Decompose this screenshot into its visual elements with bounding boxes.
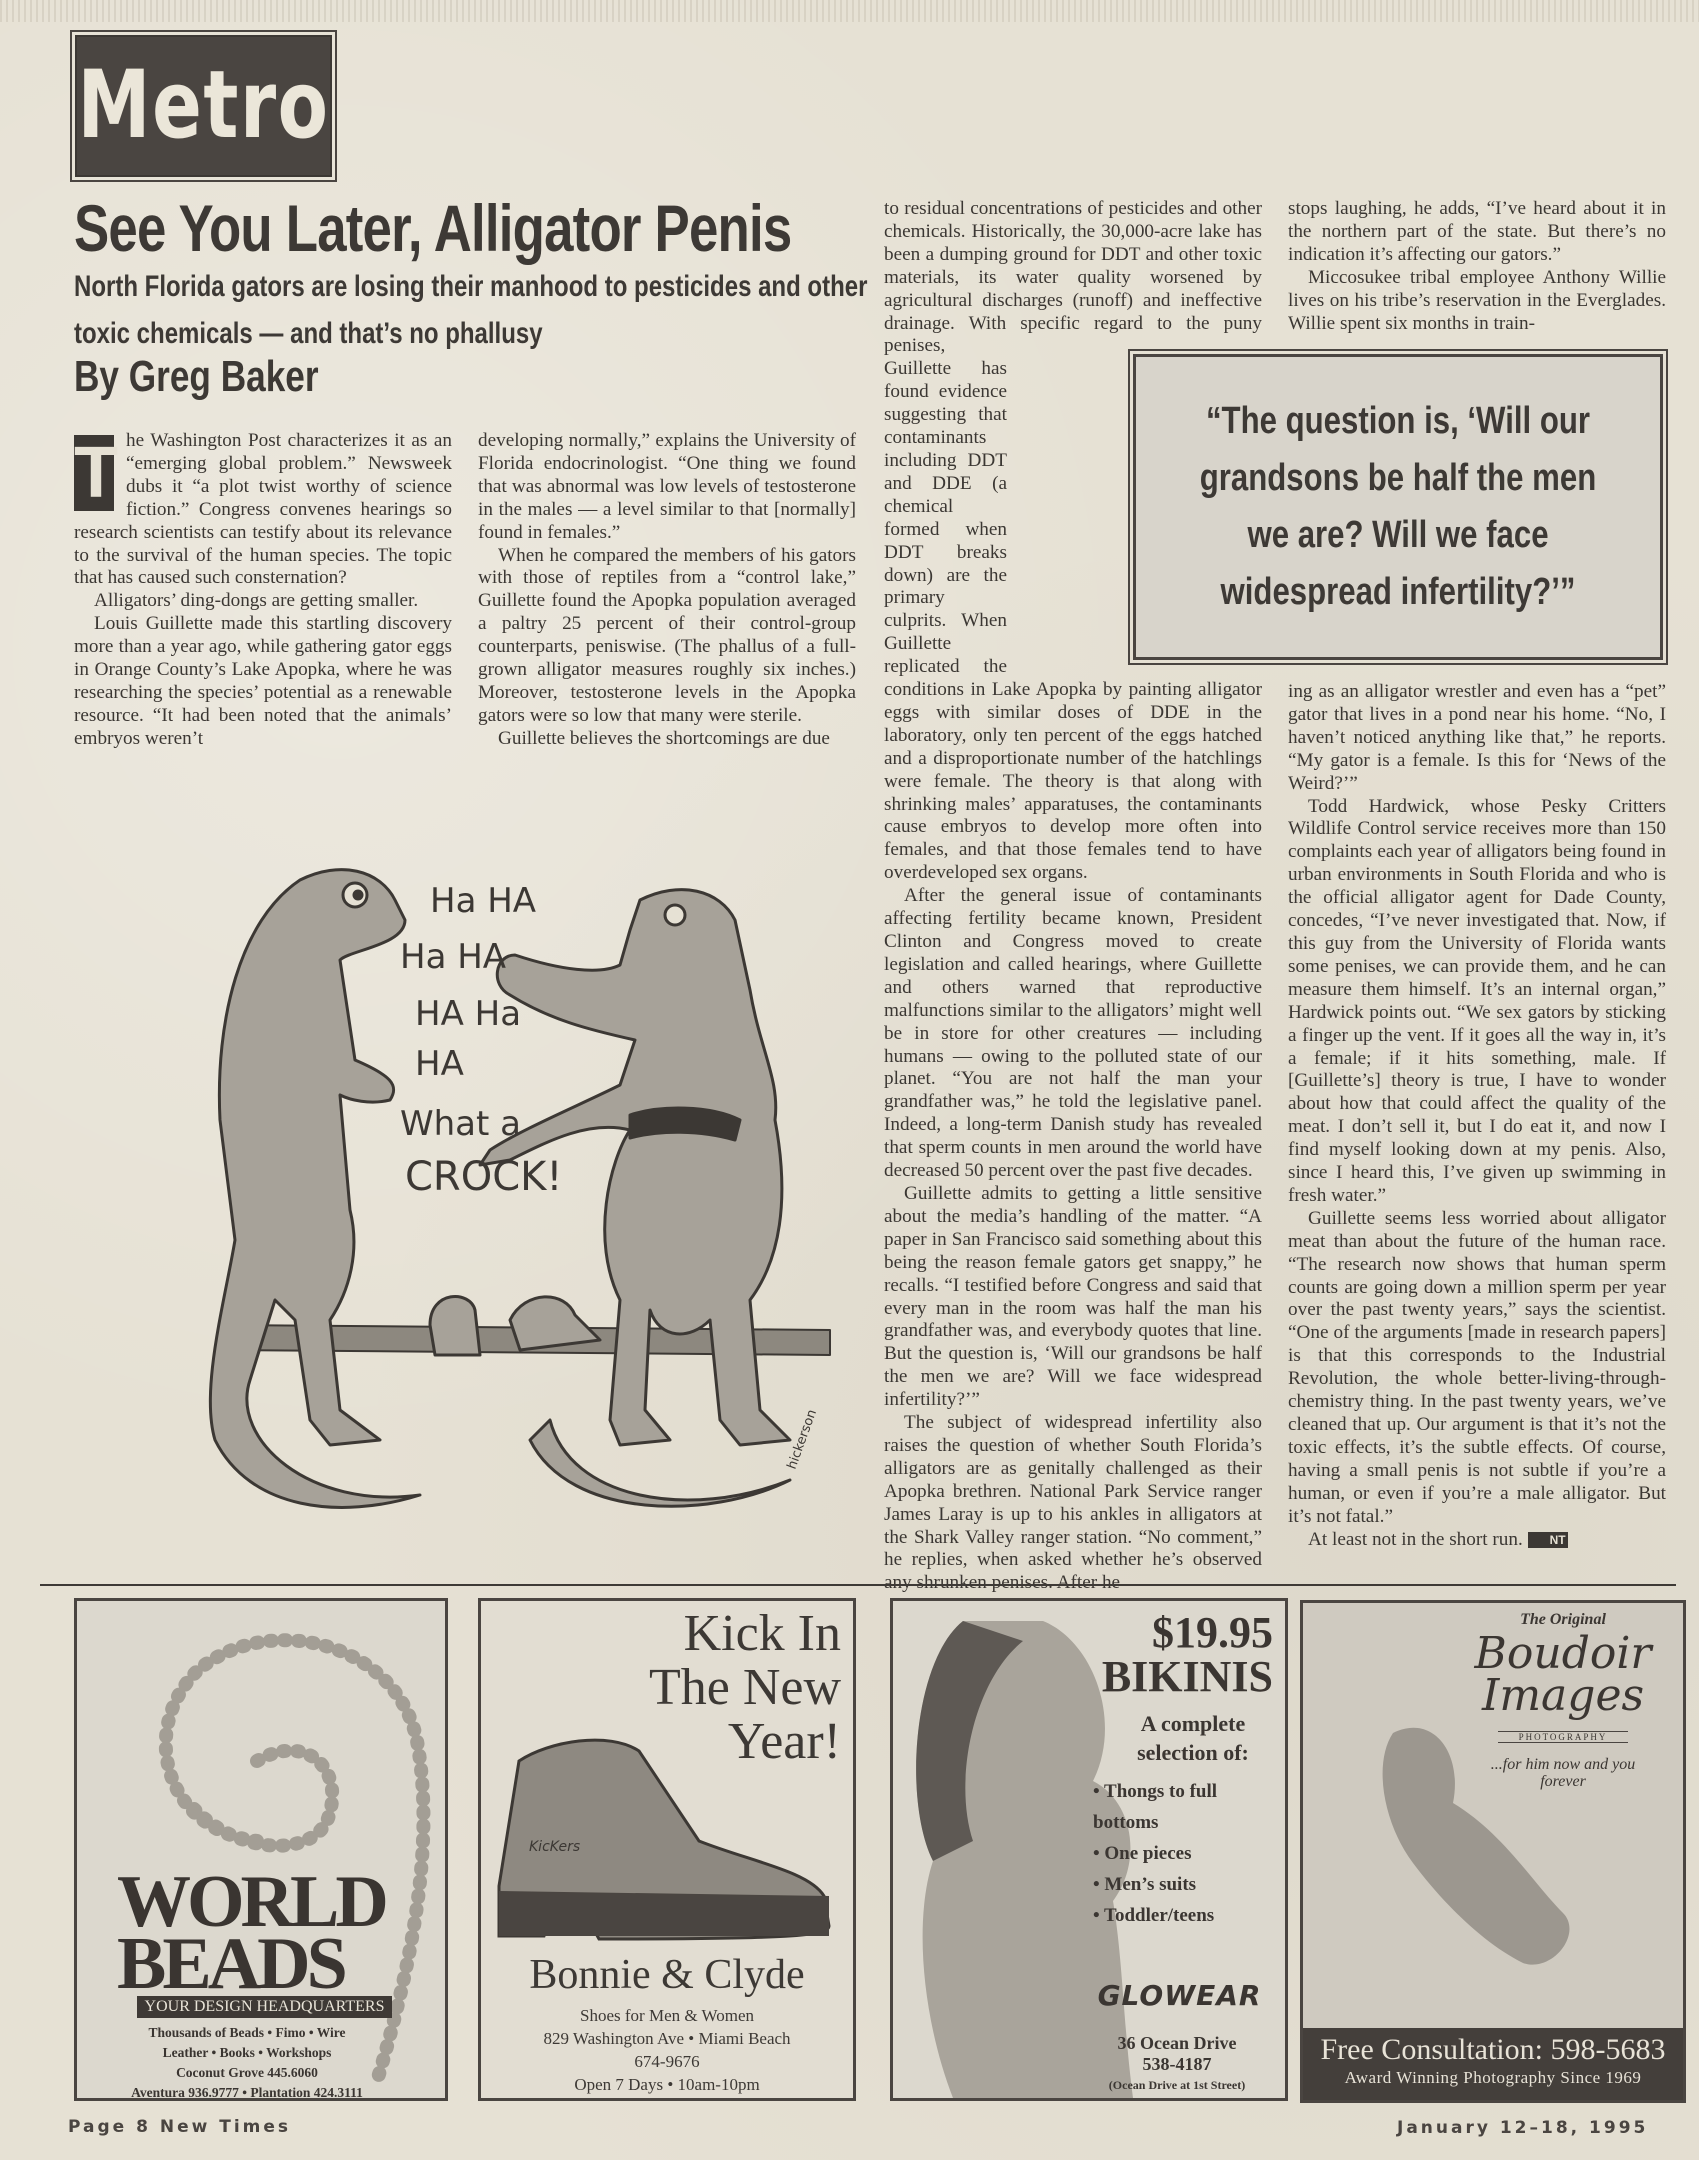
- list-item: • Thongs to full bottoms: [1093, 1776, 1283, 1838]
- boudoir-pre-title: The Original: [1463, 1611, 1663, 1629]
- article-column-2: developing normally,” explains the Unive…: [478, 430, 856, 751]
- list-item: • Toddler/teens: [1093, 1900, 1283, 1931]
- ad-boudoir-images[interactable]: The Original Boudoir Images PHOTOGRAPHY …: [1300, 1600, 1686, 2103]
- bonnie-clyde-store-name: Bonnie & Clyde: [481, 1951, 853, 1999]
- paragraph: Guillette admits to getting a little sen…: [884, 1183, 1262, 1412]
- boot-image-icon: KicKers: [489, 1721, 839, 1946]
- world-beads-logo: WORLD BEADS: [117, 1871, 407, 1995]
- section-label: Metro: [77, 59, 329, 153]
- glowear-address: 36 Ocean Drive 538-4187 (Ocean Drive at …: [1077, 2033, 1277, 2096]
- boudoir-logo: Boudoir Images: [1468, 1633, 1658, 1717]
- cartoon-speech-line: HA Ha: [415, 994, 521, 1034]
- world-beads-tagline: YOUR DESIGN HEADQUARTERS: [137, 1996, 392, 2018]
- glowear-logo: GLOWEAR: [1092, 1979, 1267, 2012]
- alligator-cartoon: Ha HA Ha HA HA Ha HA What a CROCK! hicke…: [190, 820, 870, 1540]
- boudoir-tagline: ...for him now and you forever: [1473, 1756, 1653, 1790]
- glowear-subhead: A complete selection of:: [1113, 1709, 1273, 1767]
- svg-text:KicKers: KicKers: [529, 1839, 580, 1855]
- paragraph: Guillette seems less worried about allig…: [1288, 1208, 1666, 1529]
- cartoon-speech-line: Ha HA: [430, 881, 536, 921]
- paragraph: Guillette believes the shortcomings are …: [478, 728, 856, 751]
- paragraph: Alligators’ ding-dongs are getting small…: [74, 590, 452, 613]
- ad-glowear-bikinis[interactable]: $19.95 BIKINIS A complete selection of: …: [890, 1598, 1288, 2101]
- bonnie-clyde-details: Shoes for Men & Women 829 Washington Ave…: [481, 2004, 853, 2096]
- list-item: • Men’s suits: [1093, 1869, 1283, 1900]
- cartoon-speech-line: What a: [400, 1104, 521, 1144]
- ad-bonnie-clyde[interactable]: Kick In The New Year! KicKers Bonnie & C…: [478, 1598, 856, 2101]
- article-column-4-top: stops laughing, he adds, “I’ve heard abo…: [1288, 198, 1666, 335]
- article-deck: North Florida gators are losing their ma…: [74, 263, 882, 357]
- world-beads-details: Thousands of Beads • Fimo • Wire Leather…: [97, 2023, 397, 2101]
- cartoon-speech-line: CROCK!: [405, 1154, 562, 1200]
- paragraph: After the general issue of contaminants …: [884, 885, 1262, 1183]
- page-footer-folio: Page 8 New Times: [68, 2117, 291, 2137]
- glowear-item-list: • Thongs to full bottoms • One pieces • …: [1093, 1776, 1283, 1931]
- boudoir-contact-band: Free Consultation: 598-5683 Award Winnin…: [1303, 2028, 1683, 2100]
- article-column-1: T he Washington Post characterizes it as…: [74, 430, 452, 751]
- ad-world-beads[interactable]: WORLD BEADS YOUR DESIGN HEADQUARTERS Tho…: [74, 1598, 448, 2101]
- cartoon-speech-line: Ha HA: [400, 937, 506, 977]
- paragraph: Todd Hardwick, whose Pesky Critters Wild…: [1288, 796, 1666, 1208]
- ad-separator-rule: [40, 1584, 1676, 1586]
- paragraph: The subject of widespread infertility al…: [884, 1412, 1262, 1595]
- end-mark-icon: NT: [1528, 1532, 1568, 1548]
- pull-quote-box: “The question is, ‘Will our grandsons be…: [1133, 354, 1663, 660]
- page-top-strip: [0, 0, 1699, 22]
- drop-cap: T: [74, 435, 114, 511]
- article-byline: By Greg Baker: [74, 352, 319, 402]
- paragraph: T he Washington Post characterizes it as…: [74, 430, 452, 590]
- paragraph: Louis Guillette made this startling disc…: [74, 613, 452, 750]
- boudoir-award: Award Winning Photography Since 1969: [1303, 2068, 1683, 2088]
- pull-quote-text: “The question is, ‘Will our grandsons be…: [1183, 393, 1613, 621]
- paragraph: Miccosukee tribal employee Anthony Willi…: [1288, 267, 1666, 336]
- list-item: • One pieces: [1093, 1838, 1283, 1869]
- boudoir-photography-label: PHOTOGRAPHY: [1498, 1731, 1628, 1743]
- paragraph: At least not in the short run. NT: [1288, 1529, 1666, 1552]
- article-column-4-bottom: ing as an alligator wrestler and even ha…: [1288, 681, 1666, 1551]
- cartoon-illustration-icon: Ha HA Ha HA HA Ha HA What a CROCK! hicke…: [190, 820, 870, 1540]
- glowear-price: $19.95 BIKINIS: [1102, 1611, 1273, 1699]
- page-footer-date: January 12–18, 1995: [1397, 2118, 1648, 2138]
- boudoir-consultation: Free Consultation: 598-5683: [1303, 2032, 1683, 2068]
- paragraph: ing as an alligator wrestler and even ha…: [1288, 681, 1666, 796]
- paragraph: When he compared the members of his gato…: [478, 545, 856, 728]
- section-label-box: Metro: [75, 35, 332, 177]
- article-headline: See You Later, Alligator Penis: [74, 190, 714, 266]
- paragraph: stops laughing, he adds, “I’ve heard abo…: [1288, 198, 1666, 267]
- paragraph: developing normally,” explains the Unive…: [478, 430, 856, 545]
- cartoon-speech-line: HA: [415, 1044, 464, 1084]
